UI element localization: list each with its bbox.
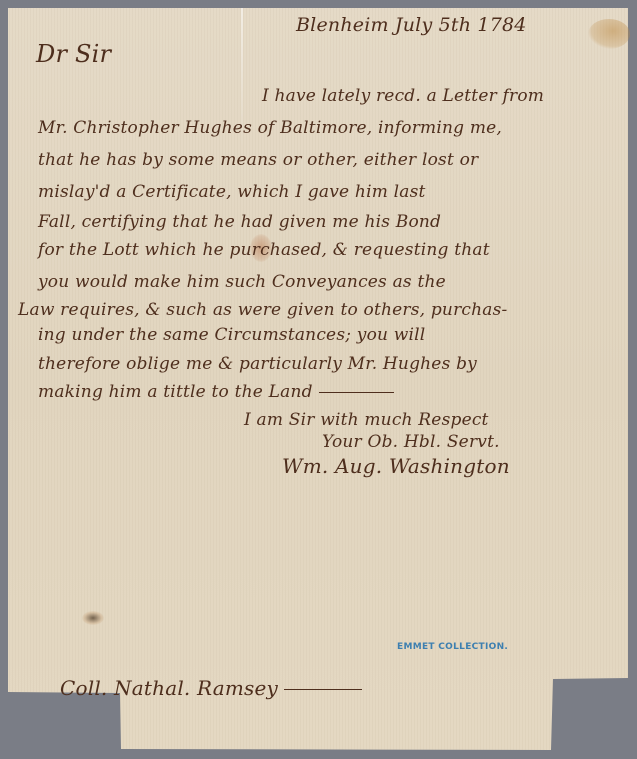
closing-line: I am Sir with much Respect — [244, 410, 489, 430]
flourish-line — [319, 392, 394, 393]
stain-top-right — [588, 19, 630, 49]
body-line: I have lately recd. a Letter from — [262, 86, 544, 106]
addressee-text: Coll. Nathal. Ramsey — [60, 676, 278, 700]
body-line-text: making him a tittle to the Land — [38, 382, 313, 402]
dateline: Blenheim July 5th 1784 — [296, 14, 527, 36]
salutation: Dr Sir — [36, 40, 111, 68]
body-line: for the Lott which he purchased, & reque… — [38, 240, 490, 260]
body-line: therefore oblige me & particularly Mr. H… — [38, 354, 477, 374]
body-line: Mr. Christopher Hughes of Baltimore, inf… — [38, 118, 502, 138]
body-line: you would make him such Conveyances as t… — [38, 272, 446, 292]
flourish-line — [284, 689, 362, 690]
body-line: Law requires, & such as were given to ot… — [18, 300, 507, 320]
body-line: making him a tittle to the Land — [38, 382, 394, 402]
closing-line: Your Ob. Hbl. Servt. — [322, 432, 500, 452]
body-line: ing under the same Circumstances; you wi… — [38, 325, 425, 345]
body-line: Fall, certifying that he had given me hi… — [38, 212, 441, 232]
body-line: that he has by some means or other, eith… — [38, 150, 478, 170]
stain-lower-left — [82, 611, 104, 625]
signature: Wm. Aug. Washington — [282, 454, 510, 478]
addressee: Coll. Nathal. Ramsey — [60, 676, 362, 700]
collection-stamp: EMMET COLLECTION. — [397, 642, 508, 652]
body-line: mislay'd a Certificate, which I gave him… — [38, 182, 426, 202]
letter-sheet — [0, 0, 637, 759]
